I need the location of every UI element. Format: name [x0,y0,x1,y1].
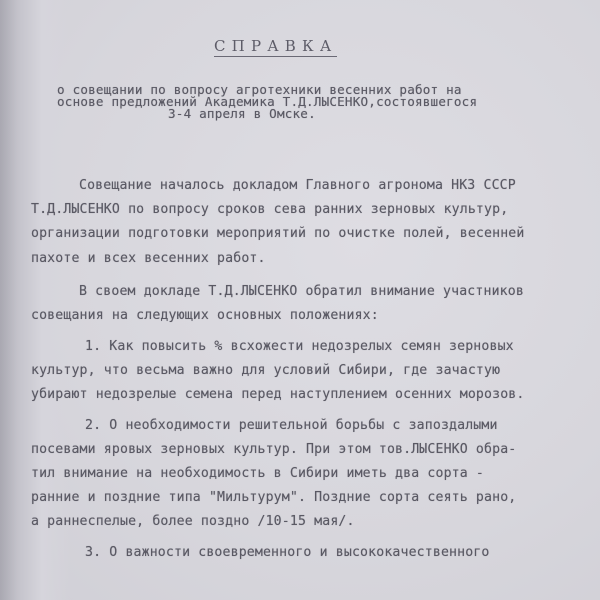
body-line: Т.Д.ЛЫСЕНКО по вопросу сроков сева ранни… [31,202,508,218]
body-line: организации подготовки мероприятий по оч… [31,226,524,242]
list-item-2: 2. О необходимости решительной борьбы с … [85,418,498,434]
body-line: пахоте и всех весенних работ. [31,251,266,267]
body-line: культур, что весьма важно для условий Си… [31,363,500,379]
subtitle-line-3: 3-4 апреля в Омске. [168,106,316,122]
body-line: тил внимание на необходимость в Сибири и… [31,466,484,482]
list-item-3: 3. О важности своевременного и высококач… [85,545,489,561]
body-line: Совещание началось докладом Главного агр… [79,178,516,194]
list-item-1: 1. Как повысить % всхожести недозрелых с… [85,339,514,355]
body-line: В своем докладе Т.Д.ЛЫСЕНКО обратил вним… [79,284,524,300]
body-line: совещания на следующих основных положени… [31,308,379,324]
body-line: убирают недозрелые семена перед наступле… [31,387,524,403]
body-line: посевами яровых зерновых культур. При эт… [31,442,516,458]
body-line: ранние и поздние типа "Мильтурум". Поздн… [31,490,516,506]
body-line: а раннеспелые, более поздно /10-15 мая/. [31,514,355,530]
document-title: СПРАВКА [214,37,337,57]
scanned-page: СПРАВКА о совещании по вопросу агротехни… [0,0,600,600]
